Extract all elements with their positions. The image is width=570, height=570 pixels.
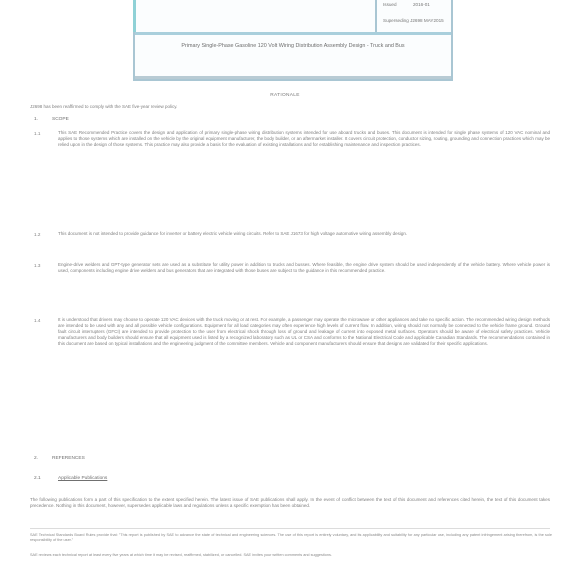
rationale-heading: RATIONALE [0, 93, 570, 98]
document-title: Primary Single-Phase Gasoline 120 Volt W… [135, 42, 451, 50]
header-meta-block: Issued 2016-01 Superseding J2698 MAY2015 [375, 0, 451, 32]
document-header-box: Issued 2016-01 Superseding J2698 MAY2015… [133, 0, 453, 81]
issued-row: Issued 2016-01 [383, 2, 397, 7]
para-1-4-text: It is understood that drivers may choose… [58, 317, 550, 347]
section-1-title: SCOPE [52, 117, 69, 122]
issued-label: Issued [383, 2, 397, 7]
issued-value: 2016-01 [413, 2, 430, 7]
footer-notice: SAE Technical Standards Board Rules prov… [30, 533, 552, 542]
rationale-text: J2698 has been reaffirmed to comply with… [30, 104, 550, 110]
footer-review: SAE reviews each technical report at lea… [30, 553, 552, 558]
para-1-3-number: 1.3 [34, 263, 40, 268]
para-1-3-text: Engine-drive welders and GPT-type genera… [58, 262, 550, 274]
para-1-1-text: This SAE Recommended Practice covers the… [58, 130, 550, 148]
superseding-label: Superseding J2698 MAY2015 [383, 18, 444, 23]
header-bottom-rule [135, 76, 451, 79]
para-1-2-number: 1.2 [34, 232, 40, 237]
para-1-1-number: 1.1 [34, 131, 40, 136]
section-1-number: 1. [34, 117, 38, 122]
section-2-1-number: 2.1 [34, 476, 41, 481]
para-1-4-number: 1.4 [34, 318, 40, 323]
header-left-rule [133, 0, 136, 32]
references-intro: The following publications form a part o… [30, 497, 550, 509]
para-1-2-text: This document is not intended to provide… [58, 231, 550, 237]
section-2-number: 2. [34, 456, 38, 461]
section-2-title: REFERENCES [52, 456, 85, 461]
superseding-row: Superseding J2698 MAY2015 [383, 18, 444, 23]
section-2-1-title: Applicable Publications [58, 476, 107, 481]
footer-rule [30, 528, 550, 529]
